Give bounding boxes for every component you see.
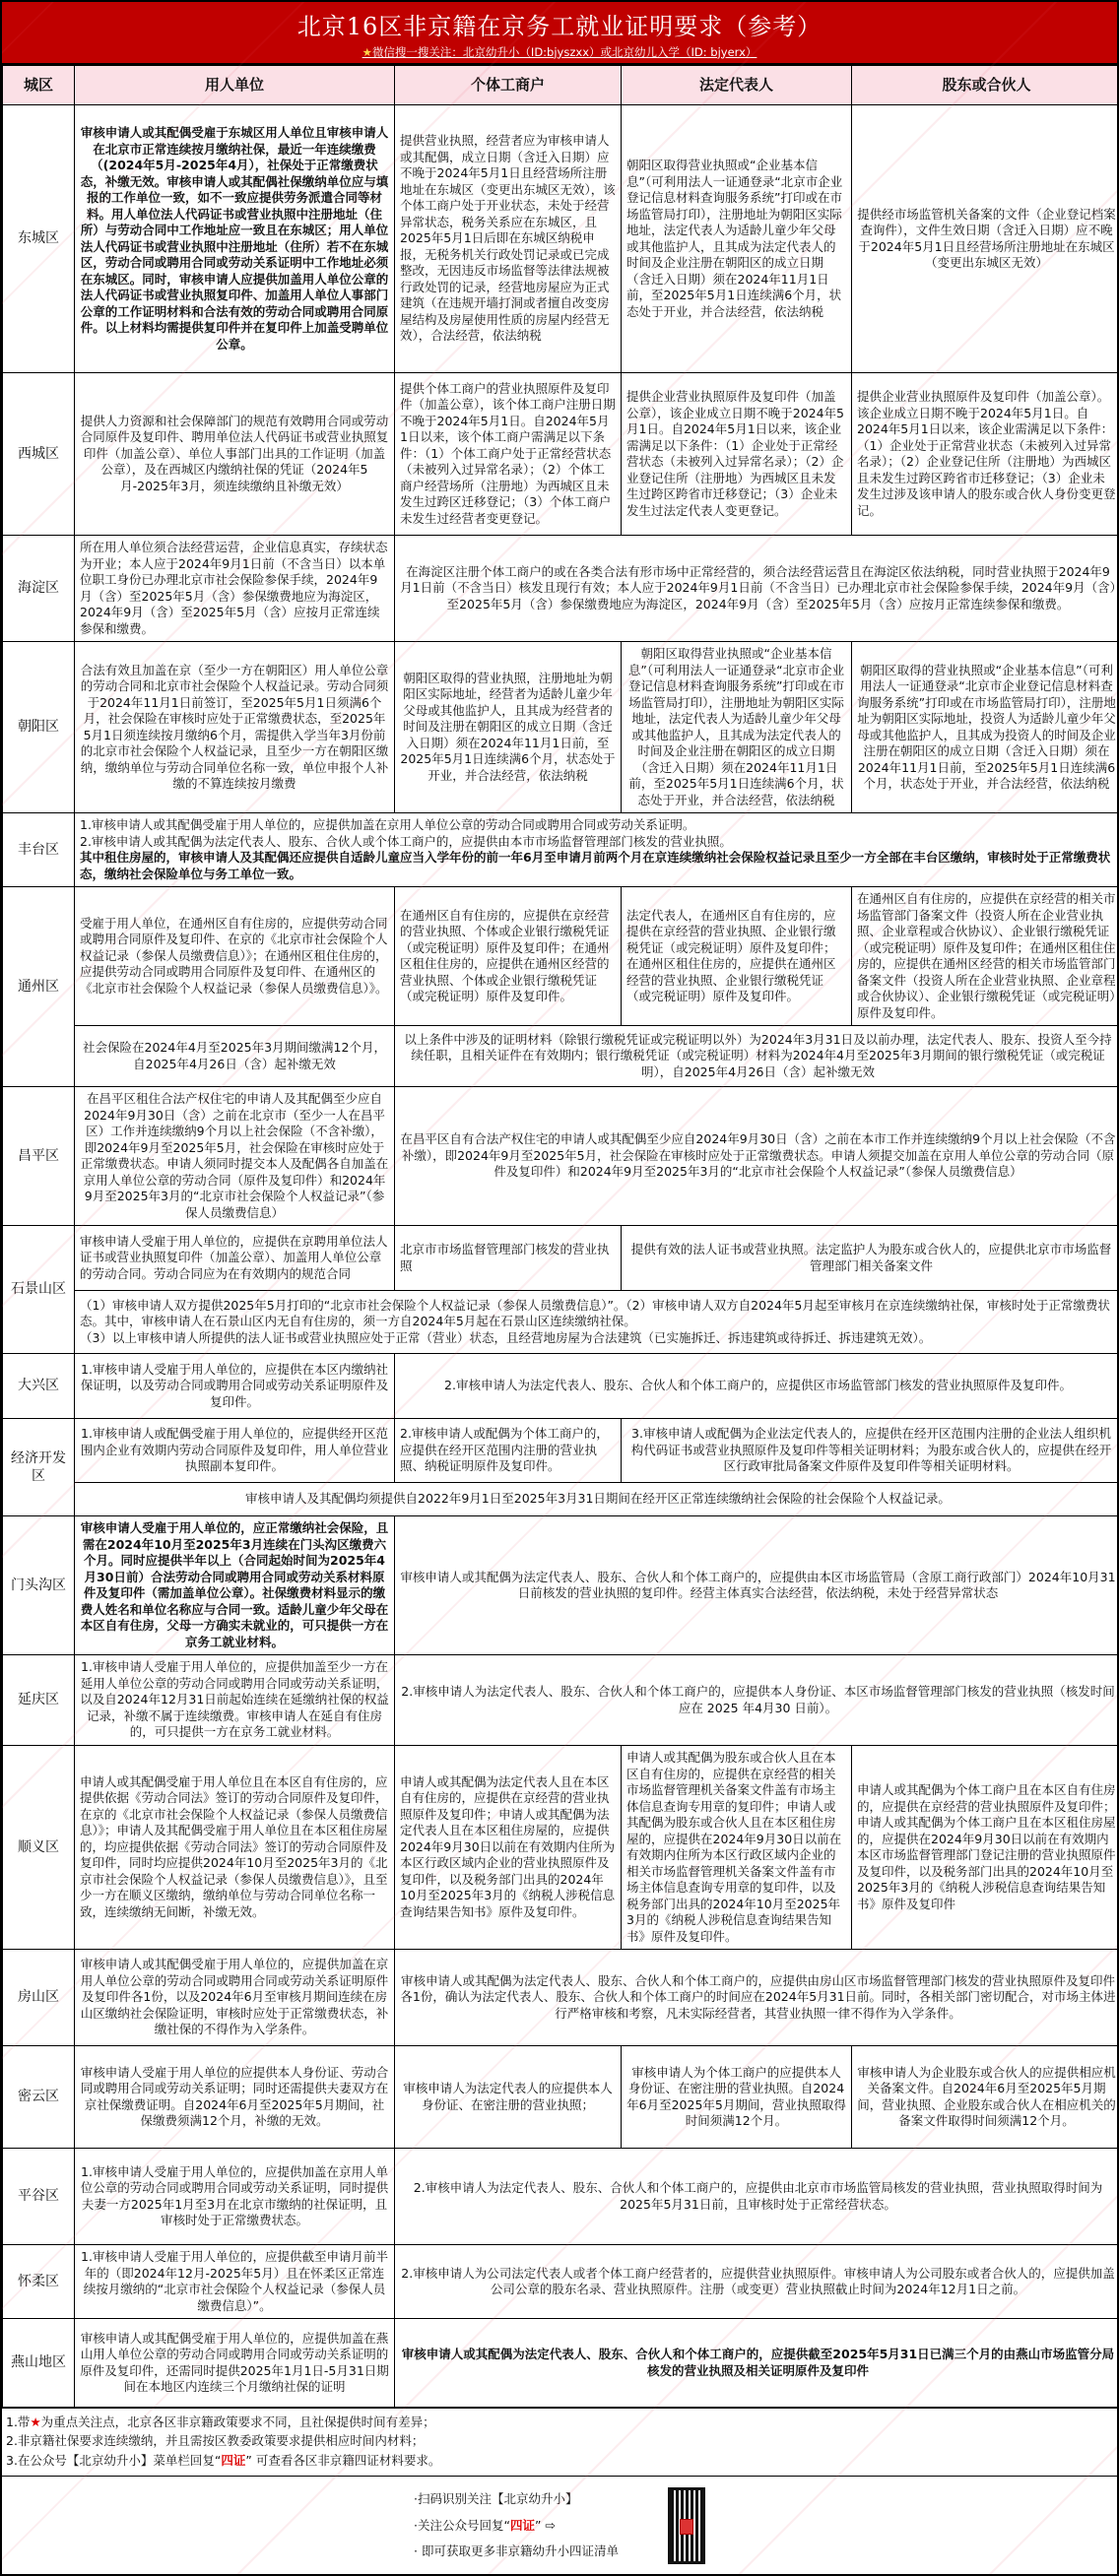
table-row-daxing: 大兴区 1.审核申请人受雇于用人单位的，应提供在本区内缴纳社保证明，以及劳动合同… xyxy=(3,1354,1119,1419)
legal-rep-cell: 审核申请人为个体工商户的应提供本人身份证、在密注册的营业执照。自2024年6月至… xyxy=(622,2046,852,2149)
employer-cell: 审核申请人或其配偶受雇于用人单位的，应提供加盖在京用人单位公章的劳动合同或聘用合… xyxy=(75,1950,395,2046)
employer-cell: 审核申请人或其配偶受雇于东城区用人单位且审核申请人在北京市正常连续按月缴纳社保，… xyxy=(75,105,395,373)
note-1: 1.带★为重点关注点，北京各区非京籍政策要求不同，且社保提供时间有差异； xyxy=(6,2413,1113,2431)
district-name: 密云区 xyxy=(3,2046,75,2149)
fengtai-line-3: 其中租住房屋的，审核申请人及其配偶还应提供自适龄儿童应当入学年份的前一年6月至申… xyxy=(80,850,1116,882)
table-row-changping: 昌平区 在昌平区租住合法产权住宅的申请人及其配偶至少应自2024年9月30日（含… xyxy=(3,1087,1119,1226)
individual-cell: 提供个体工商户的营业执照原件及复印件（加盖公章），该个体工商户注册日期不晚于20… xyxy=(395,373,622,536)
table-header-row: 城区 用人单位 个体工商户 法定代表人 股东或合伙人 xyxy=(3,66,1119,105)
individual-cell: 朝阳区取得的营业执照，注册地址为朝阳区实际地址，经营者为适龄儿童少年父母或其他监… xyxy=(395,642,622,813)
shareholder-cell: 朝阳区取得的营业执照或“企业基本信息”（可利用法人一证通登录“北京市企业登记信息… xyxy=(852,642,1119,813)
shijingshan-note-2: （3）以上审核申请人所提供的法人证书或营业执照应处于正常（营业）状态，且经营地房… xyxy=(80,1330,1116,1347)
district-name: 昌平区 xyxy=(3,1087,75,1226)
employer-cell: 审核申请人受雇于用人单位的应提供本人身份证、劳动合同或聘用合同或劳动关系证明；同… xyxy=(75,2046,395,2149)
district-name: 门头沟区 xyxy=(3,1516,75,1655)
employer-cell: 1.审核申请人受雇于用人单位的，应提供加盖至少一方在延用人单位公章的劳动合同或聘… xyxy=(75,1655,395,1746)
note-3-suffix: ” 可查看各区非京籍四证材料要求。 xyxy=(245,2453,440,2468)
shareholder-cell: 申请人或其配偶为个体工商户且在本区自有住房的，应提供在京经营的营业执照原件及复印… xyxy=(852,1746,1119,1950)
others-cell: 2.审核申请人为法定代表人、股东、合伙人和个体工商户的，应提供区市场监管部门核发… xyxy=(395,1354,1119,1419)
district-name: 顺义区 xyxy=(3,1746,75,1950)
fengtai-line-2: 2.审核申请人或其配偶为法定代表人、股东、合伙人或个体工商户的，应提供由本市市场… xyxy=(80,834,1116,851)
table-row-etdz: 经济开发区 1.审核申请人或配偶受雇于用人单位的，应提供经开区范围内企业有效期内… xyxy=(3,1419,1119,1483)
footer-line-2-prefix: ·关注公众号回复“ xyxy=(414,2518,510,2533)
legal-rep-cell: 法定代表人，在通州区自有住房的，应提供在京经营的营业执照、企业银行缴税凭证（或完… xyxy=(622,887,852,1026)
individual-cell: 审核申请人为法定代表人的应提供本人身份证、在密注册的营业执照； xyxy=(395,2046,622,2149)
district-name: 通州区 xyxy=(3,887,75,1087)
fengtai-cell: 1.审核申请人或其配偶受雇于用人单位的，应提供加盖在京用人单位公章的劳动合同或聘… xyxy=(75,813,1119,887)
table-row-etdz-note: 审核申请人及其配偶均须提供自2022年9月1日至2025年3月31日期间在经开区… xyxy=(3,1483,1119,1516)
qr-code-icon[interactable] xyxy=(668,2487,705,2564)
employer-cell: 审核申请人或其配偶受雇于用人单位的，应提供加盖在燕山用人单位公章的劳动合同或聘用… xyxy=(75,2319,395,2408)
employer-cell: 受雇于用人单位，在通州区自有住房的，应提供劳动合同或聘用合同原件及复印件、在京的… xyxy=(75,887,395,1026)
table-row-dongcheng: 东城区 审核申请人或其配偶受雇于东城区用人单位且审核申请人在北京市正常连续按月缴… xyxy=(3,105,1119,373)
district-name: 石景山区 xyxy=(3,1226,75,1354)
table-row-shunyi: 顺义区 申请人或其配偶受雇于用人单位且在本区自有住房的，应提供依据《劳动合同法》… xyxy=(3,1746,1119,1950)
column-header-district: 城区 xyxy=(3,66,75,105)
individual-cell: 提供营业执照，经营者应为审核申请人或其配偶，成立日期（含迁入日期）应不晚于202… xyxy=(395,105,622,373)
others-cell: 2.审核申请人为法定代表人、股东、合伙人和个体工商户的，应提供本人身份证、本区市… xyxy=(395,1655,1119,1746)
table-row-yanqing: 延庆区 1.审核申请人受雇于用人单位的，应提供加盖至少一方在延用人单位公章的劳动… xyxy=(3,1655,1119,1746)
district-name: 延庆区 xyxy=(3,1655,75,1746)
note-3-prefix: 3.在公众号【北京幼升小】菜单栏回复“ xyxy=(6,2453,221,2468)
table-row-fengtai: 丰台区 1.审核申请人或其配偶受雇于用人单位的，应提供加盖在京用人单位公章的劳动… xyxy=(3,813,1119,887)
shijingshan-notes-cell: （1）审核申请人双方提供2025年5月打印的“北京市社会保险个人权益记录（参保人… xyxy=(75,1291,1119,1354)
legal-rep-cell: 朝阳区取得营业执照或“企业基本信息”（可利用法人一证通登录“北京市企业登记信息材… xyxy=(622,105,852,373)
others-cell: 在昌平区自有合法产权住宅的申请人或其配偶至少应自2024年9月30日（含）之前在… xyxy=(395,1087,1119,1226)
table-row-tongzhou-notes: 社会保险在2024年4月至2025年3月期间缴满12个月，自2025年4月26日… xyxy=(3,1026,1119,1087)
table-row-xicheng: 西城区 提供人力资源和社会保障部门的规范有效聘用合同或劳动合同原件及复印件、聘用… xyxy=(3,373,1119,536)
others-cell: 3.审核申请人或配偶为企业法定代表人的，应提供在经开区范围内注册的企业法人组织机… xyxy=(622,1419,1119,1483)
shareholder-cell: 提供经市场监管机关备案的文件（企业登记档案查询件），文件生效日期（含迁入日期）应… xyxy=(852,105,1119,373)
district-name: 经济开发区 xyxy=(3,1419,75,1516)
column-header-individual: 个体工商户 xyxy=(395,66,622,105)
employer-cell: 申请人或其配偶受雇于用人单位且在本区自有住房的，应提供依据《劳动合同法》签订的劳… xyxy=(75,1746,395,1950)
fengtai-line-1: 1.审核申请人或其配偶受雇于用人单位的，应提供加盖在京用人单位公章的劳动合同或聘… xyxy=(80,817,1116,834)
note-3: 3.在公众号【北京幼升小】菜单栏回复“四证” 可查看各区非京籍四证材料要求。 xyxy=(6,2451,1113,2470)
column-header-legal-rep: 法定代表人 xyxy=(622,66,852,105)
footer-line-1: ·扫码识别关注【北京幼升小】 xyxy=(414,2486,619,2512)
legal-rep-cell: 朝阳区取得营业执照或“企业基本信息”（可利用法人一证通登录“北京市企业登记信息材… xyxy=(622,642,852,813)
table-row-miyun: 密云区 审核申请人受雇于用人单位的应提供本人身份证、劳动合同或聘用合同或劳动关系… xyxy=(3,2046,1119,2149)
table-row-pinggu: 平谷区 1.审核申请人受雇于用人单位的，应提供加盖在京用人单位公章的劳动合同或聘… xyxy=(3,2149,1119,2245)
legal-rep-cell: 提供企业营业执照原件及复印件（加盖公章），该企业成立日期不晚于2024年5月1日… xyxy=(622,373,852,536)
employer-cell: 所在用人单位须合法经营运营，企业信息真实，存续状态为开业；本人应于2024年9月… xyxy=(75,536,395,642)
employer-note-cell: 社会保险在2024年4月至2025年3月期间缴满12个月，自2025年4月26日… xyxy=(75,1026,395,1087)
others-cell: 2.审核申请人为公司法定代表人或者个体工商户经营者的，应提供营业执照原件。审核申… xyxy=(395,2245,1119,2319)
shareholder-cell: 提供企业营业执照原件及复印件（加盖公章）。该企业成立日期不晚于2024年5月1日… xyxy=(852,373,1119,536)
qr-logo-icon xyxy=(680,2519,693,2535)
table-row-yanshan: 燕山地区 审核申请人或其配偶受雇于用人单位的，应提供加盖在燕山用人单位公章的劳动… xyxy=(3,2319,1119,2408)
arrow-right-icon: ” ⇨ xyxy=(535,2518,556,2533)
district-name: 朝阳区 xyxy=(3,642,75,813)
district-name: 燕山地区 xyxy=(3,2319,75,2408)
legal-rep-cell: 申请人或其配偶为股东或合伙人且在本区自有住房的，应提供在京经营的相关市场监督管理… xyxy=(622,1746,852,1950)
others-cell: 审核申请人或其配偶为法定代表人、股东、合伙人和个体工商户的，应提供由本区市场监管… xyxy=(395,1516,1119,1655)
table-row-haidian: 海淀区 所在用人单位须合法经营运营，企业信息真实，存续状态为开业；本人应于202… xyxy=(3,536,1119,642)
employer-cell: 在昌平区租住合法产权住宅的申请人及其配偶至少应自2024年9月30日（含）之前在… xyxy=(75,1087,395,1226)
table-row-chaoyang: 朝阳区 合法有效且加盖在京（至少一方在朝阳区）用人单位公章的劳动合同和北京市社会… xyxy=(3,642,1119,813)
employer-cell: 1.审核申请人受雇于用人单位的，应提供截至申请月前半年的（即2024年12月-2… xyxy=(75,2245,395,2319)
document-page: 北京16区非京籍在京务工就业证明要求（参考） ★微信搜一搜关注：北京幼升小（ID… xyxy=(0,0,1119,2576)
employer-cell: 审核申请人受雇于用人单位的，应提供在京聘用单位法人证书或营业执照复印件（加盖公章… xyxy=(75,1226,395,1291)
shijingshan-note-1: （1）审核申请人双方提供2025年5月打印的“北京市社会保险个人权益记录（参保人… xyxy=(80,1298,1116,1330)
subtitle-text: 微信搜一搜关注：北京幼升小（ID:bjyszxx）或北京幼儿入学（ID: bjy… xyxy=(372,45,757,59)
footer-promo: ·扫码识别关注【北京幼升小】 ·关注公众号回复“四证” ⇨ · 即可获取更多非京… xyxy=(2,2476,1117,2574)
others-cell: 审核申请人或其配偶为法定代表人、股东、合伙人和个体工商户的，应提供由房山区市场监… xyxy=(395,1950,1119,2046)
others-cell: 审核申请人或其配偶为法定代表人、股东、合伙人和个体工商户的，应提供截至2025年… xyxy=(395,2319,1119,2408)
employer-cell: 1.审核申请人或配偶受雇于用人单位的，应提供经开区范围内企业有效期内劳动合同原件… xyxy=(75,1419,395,1483)
table-row-shijingshan-notes: （1）审核申请人双方提供2025年5月打印的“北京市社会保险个人权益记录（参保人… xyxy=(3,1291,1119,1354)
page-title: 北京16区非京籍在京务工就业证明要求（参考） xyxy=(2,12,1117,43)
column-header-shareholder: 股东或合伙人 xyxy=(852,66,1119,105)
others-cell: 2.审核申请人为法定代表人、股东、合伙人和个体工商户的，应提供由北京市市场监管局… xyxy=(395,2149,1119,2245)
district-name: 东城区 xyxy=(3,105,75,373)
note-1-text: 为重点关注点，北京各区非京籍政策要求不同，且社保提供时间有差异； xyxy=(41,2415,435,2429)
requirements-table: 城区 用人单位 个体工商户 法定代表人 股东或合伙人 东城区 审核申请人或其配偶… xyxy=(2,65,1119,2408)
district-name: 怀柔区 xyxy=(3,2245,75,2319)
note-1-prefix: 1.带 xyxy=(6,2415,30,2429)
individual-cell: 在通州区自有住房的，应提供在京经营的营业执照、个体或企业银行缴税凭证（或完税证明… xyxy=(395,887,622,1026)
table-row-shijingshan: 石景山区 审核申请人受雇于用人单位的，应提供在京聘用单位法人证书或营业执照复印件… xyxy=(3,1226,1119,1291)
column-header-employer: 用人单位 xyxy=(75,66,395,105)
individual-cell: 北京市市场监督管理部门核发的营业执照 xyxy=(395,1226,622,1291)
district-name: 丰台区 xyxy=(3,813,75,887)
shareholder-cell: 审核申请人为企业股东或合伙人的应提供相应机关备案文件。自2024年6月至2025… xyxy=(852,2046,1119,2149)
note-3-keyword: 四证 xyxy=(221,2453,245,2468)
subtitle: ★微信搜一搜关注：北京幼升小（ID:bjyszxx）或北京幼儿入学（ID: bj… xyxy=(2,45,1117,60)
footer-line-3: · 即可获取更多非京籍幼升小四证清单 xyxy=(414,2539,619,2564)
table-row-fangshan: 房山区 审核申请人或其配偶受雇于用人单位的，应提供加盖在京用人单位公章的劳动合同… xyxy=(3,1950,1119,2046)
employer-cell: 1.审核申请人受雇于用人单位的，应提供加盖在京用人单位公章的劳动合同或聘用合同或… xyxy=(75,2149,395,2245)
notes-section: 1.带★为重点关注点，北京各区非京籍政策要求不同，且社保提供时间有差异； 2.非… xyxy=(2,2408,1117,2476)
employer-cell: 1.审核申请人受雇于用人单位的，应提供在本区内缴纳社保证明，以及劳动合同或聘用合… xyxy=(75,1354,395,1419)
others-cell: 提供有效的法人证书或营业执照。法定监护人为股东或合伙人的，应提供北京市市场监督管… xyxy=(622,1226,1119,1291)
individual-cell: 2.审核申请人或配偶为个体工商户的，应提供在经开区范围内注册的营业执照、纳税证明… xyxy=(395,1419,622,1483)
employer-cell: 提供人力资源和社会保障部门的规范有效聘用合同或劳动合同原件及复印件、聘用单位法人… xyxy=(75,373,395,536)
footer-keyword: 四证 xyxy=(510,2518,535,2533)
district-name: 海淀区 xyxy=(3,536,75,642)
table-row-huairou: 怀柔区 1.审核申请人受雇于用人单位的，应提供截至申请月前半年的（即2024年1… xyxy=(3,2245,1119,2319)
others-note-cell: 以上条件中涉及的证明材料（除银行缴税凭证或完税证明以外）为2024年3月31日及… xyxy=(395,1026,1119,1087)
star-icon: ★ xyxy=(30,2415,40,2429)
star-icon: ★ xyxy=(362,45,372,59)
others-cell: 在海淀区注册个体工商户的或在各类合法有形市场中正常经营的，须合法经营运营且在海淀… xyxy=(395,536,1119,642)
table-row-mentougou: 门头沟区 审核申请人受雇于用人单位的，应正常缴纳社会保险，且需在2024年10月… xyxy=(3,1516,1119,1655)
footer-line-2: ·关注公众号回复“四证” ⇨ xyxy=(414,2513,619,2539)
etdz-note-cell: 审核申请人及其配偶均须提供自2022年9月1日至2025年3月31日期间在经开区… xyxy=(75,1483,1119,1516)
title-banner: 北京16区非京籍在京务工就业证明要求（参考） ★微信搜一搜关注：北京幼升小（ID… xyxy=(2,2,1117,65)
individual-cell: 申请人或其配偶为法定代表人且在本区自有住房的，应提供在京经营的营业执照原件及复印… xyxy=(395,1746,622,1950)
district-name: 房山区 xyxy=(3,1950,75,2046)
district-name: 西城区 xyxy=(3,373,75,536)
employer-cell: 审核申请人受雇于用人单位的，应正常缴纳社会保险，且需在2024年10月至2025… xyxy=(75,1516,395,1655)
table-row-tongzhou: 通州区 受雇于用人单位，在通州区自有住房的，应提供劳动合同或聘用合同原件及复印件… xyxy=(3,887,1119,1026)
district-name: 平谷区 xyxy=(3,2149,75,2245)
employer-cell: 合法有效且加盖在京（至少一方在朝阳区）用人单位公章的劳动合同和北京市社会保险个人… xyxy=(75,642,395,813)
district-name: 大兴区 xyxy=(3,1354,75,1419)
footer-text: ·扫码识别关注【北京幼升小】 ·关注公众号回复“四证” ⇨ · 即可获取更多非京… xyxy=(414,2486,619,2564)
shareholder-cell: 在通州区自有住房的，应提供在京经营的相关市场监管部门备案文件（投资人所在企业营业… xyxy=(852,887,1119,1026)
note-2: 2.非京籍社保要求连续缴纳，并且需按区教委政策要求提供相应时间内材料； xyxy=(6,2431,1113,2450)
